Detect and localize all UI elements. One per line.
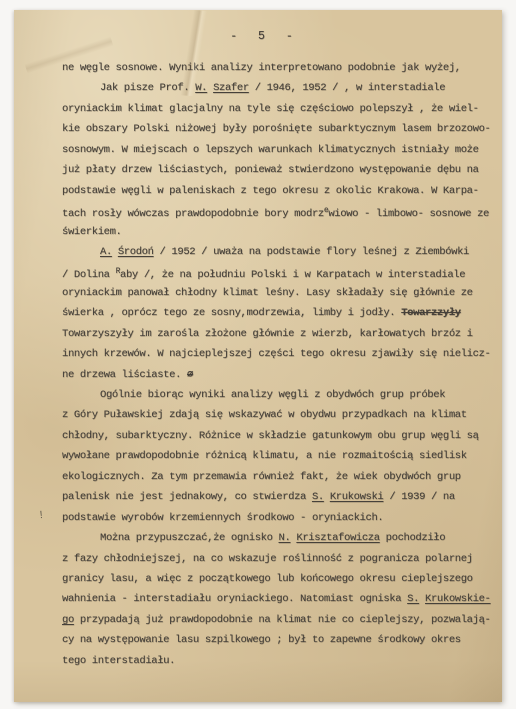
text-segment: / Dolina xyxy=(62,269,116,281)
text-segment: N. xyxy=(279,532,291,544)
text-segment: Krukowski xyxy=(330,491,384,503)
text-line: ne drzewa liściaste. ∅ xyxy=(62,365,492,385)
text-segment: Szafer xyxy=(213,82,249,94)
text-line: / Dolina Raby /, że na południu Polski i… xyxy=(62,262,492,282)
text-line: z fazy chłodniejszej, na co wskazuje roś… xyxy=(62,549,492,569)
text-segment: Środoń xyxy=(118,246,154,258)
text-segment: innych krzewów. W najcieplejszej części … xyxy=(62,348,490,360)
text-segment: Krisztafowicza xyxy=(296,532,379,544)
text-line: go przypadają już prawdopodobnie na klim… xyxy=(62,610,492,630)
text-line: sosnowym. W miejscach o lepszych warunka… xyxy=(62,140,492,160)
text-segment: kie obszary Polski niżowej były porośnię… xyxy=(62,123,490,135)
text-line: podstawie węgli w paleniskach z tego okr… xyxy=(62,181,492,201)
text-segment: / 1952 / uważa na podstawie flory leśnej… xyxy=(154,246,469,258)
text-segment: palenisk nie jest jednakowy, co stwierdz… xyxy=(62,491,312,503)
text-segment: chłodny, subarktyczny. Różnice w składzi… xyxy=(62,430,479,442)
text-segment: sosnowym. W miejscach o lepszych warunka… xyxy=(62,144,479,156)
text-line: świerkiem. xyxy=(62,222,492,242)
text-line: wywołane prawdopodobnie różnicą klimatu,… xyxy=(62,446,492,466)
text-line: oryniackim panował chłodny klimat leśny.… xyxy=(62,283,492,303)
text-segment: z Góry Puławskiej zdają się wskazywać w … xyxy=(62,409,467,421)
text-segment: podstawie wyrobów krzemiennych środkowo … xyxy=(62,512,383,524)
text-segment: przypadają już prawdopodobnie na klimat … xyxy=(74,614,491,626)
text-segment: z fazy chłodniejszej, na co wskazuje roś… xyxy=(62,553,473,565)
text-segment: S. xyxy=(312,491,324,503)
text-segment: Można przypuszczać,że ognisko xyxy=(100,532,279,544)
text-line: chłodny, subarktyczny. Różnice w składzi… xyxy=(62,426,492,446)
text-segment: W. xyxy=(195,82,207,94)
text-segment: ne drzewa liściaste. xyxy=(62,369,187,381)
text-segment: wiowo - limbowo- sosnowe ze xyxy=(328,208,489,220)
text-segment: Krukowskie- xyxy=(425,593,490,605)
text-line: podstawie wyrobów krzemiennych środkowo … xyxy=(62,508,492,528)
text-segment: Towarzyszyły im zarośla złożone głównie … xyxy=(62,328,473,340)
text-segment: wahnienia - interstadiału oryniackiego. … xyxy=(62,593,407,605)
text-segment: aby /, że na południu Polski i w Karpata… xyxy=(120,269,465,281)
text-line: wahnienia - interstadiału oryniackiego. … xyxy=(62,589,492,609)
text-line: Ogólnie biorąc wyniki analizy węgli z ob… xyxy=(62,385,492,405)
text-segment: Jak pisze Prof. xyxy=(100,82,195,94)
text-line: ne węgle sosnowe. Wyniki analizy interpr… xyxy=(62,58,492,78)
text-segment: świerka , oprócz tego ze sosny,modrzewia… xyxy=(62,307,401,319)
text-line: kie obszary Polski niżowej były porośnię… xyxy=(62,119,492,139)
text-line: palenisk nie jest jednakowy, co stwierdz… xyxy=(62,487,492,507)
text-segment: cy na występowanie lasu szpilkowego ; by… xyxy=(62,634,461,646)
text-line: Jak pisze Prof. W. Szafer / 1946, 1952 /… xyxy=(62,78,492,98)
document-text: ne węgle sosnowe. Wyniki analizy interpr… xyxy=(62,58,492,671)
text-line: Towarzyszyły im zarośla złożone głównie … xyxy=(62,324,492,344)
text-line: świerka , oprócz tego ze sosny,modrzewia… xyxy=(62,303,492,323)
text-line: oryniackim klimat glacjalny na tyle się … xyxy=(62,99,492,119)
text-line: już płaty drzew liściastych, ponieważ st… xyxy=(62,160,492,180)
text-segment: Towarzzyły xyxy=(401,307,461,319)
paper-page: - 5 - ne węgle sosnowe. Wyniki analizy i… xyxy=(14,10,502,702)
text-segment: go xyxy=(62,614,74,626)
text-segment: już płaty drzew liściastych, ponieważ st… xyxy=(62,164,479,176)
text-segment: / 1939 / na xyxy=(383,491,454,503)
text-segment: oryniackim klimat glacjalny na tyle się … xyxy=(62,103,479,115)
text-segment: A. xyxy=(100,246,112,258)
text-line: Można przypuszczać,że ognisko N. Kriszta… xyxy=(62,528,492,548)
text-line: cy na występowanie lasu szpilkowego ; by… xyxy=(62,630,492,650)
scan-background: { "colors": { "paper": "#d9c59e", "ink":… xyxy=(0,0,516,709)
text-segment: tego interstadiału. xyxy=(62,655,175,667)
page-number: - 5 - xyxy=(38,30,492,44)
text-segment: wywołane prawdopodobnie różnicą klimatu,… xyxy=(62,450,467,462)
text-line: z Góry Puławskiej zdają się wskazywać w … xyxy=(62,405,492,425)
text-segment: / 1946, 1952 / , w interstadiale xyxy=(249,82,445,94)
text-segment: pochodziło xyxy=(380,532,445,544)
text-segment: S. xyxy=(407,593,419,605)
text-line: tego interstadiału. xyxy=(62,651,492,671)
text-segment: podstawie węgli w paleniskach z tego okr… xyxy=(62,185,479,197)
text-segment: Ogólnie biorąc wyniki analizy węgli z ob… xyxy=(100,389,445,401)
text-segment: ekologicznych. Za tym przemawia również … xyxy=(62,471,461,483)
text-line: innych krzewów. W najcieplejszej części … xyxy=(62,344,492,364)
text-segment: ne węgle sosnowe. Wyniki analizy interpr… xyxy=(62,62,461,74)
text-segment: ∅ xyxy=(187,369,193,381)
text-line: tach rosły wówczas prawdopodobnie bory m… xyxy=(62,201,492,221)
text-segment: świerkiem. xyxy=(62,226,122,238)
margin-mark: ! xyxy=(37,510,45,523)
text-line: A. Środoń / 1952 / uważa na podstawie fl… xyxy=(62,242,492,262)
text-line: granicy lasu, a więc z początkowego lub … xyxy=(62,569,492,589)
text-segment: granicy lasu, a więc z początkowego lub … xyxy=(62,573,473,585)
text-segment: oryniackim panował chłodny klimat leśny.… xyxy=(62,287,473,299)
text-line: ekologicznych. Za tym przemawia również … xyxy=(62,467,492,487)
text-segment: tach rosły wówczas prawdopodobnie bory m… xyxy=(62,208,324,220)
